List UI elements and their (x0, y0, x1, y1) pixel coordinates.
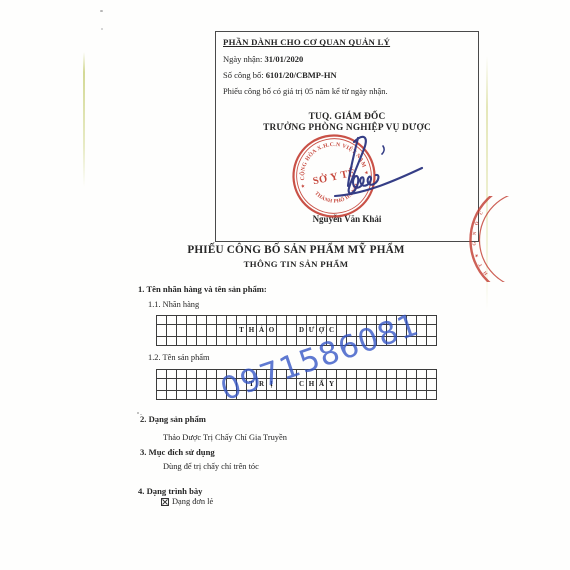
section2-heading: 2. Dạng sản phẩm (140, 414, 206, 424)
grid-cell (357, 379, 367, 391)
grid-cell (377, 370, 387, 379)
grid-cell (397, 379, 407, 391)
grid-cell: D (297, 325, 307, 337)
presentation-option-label: Dạng đơn lẻ (172, 497, 213, 506)
grid-cell (407, 379, 417, 391)
grid-cell (387, 391, 397, 400)
grid-cell (207, 391, 217, 400)
grid-cell: T (237, 325, 247, 337)
grid-cell (277, 337, 287, 346)
paper-speck (100, 10, 103, 12)
grid-cell (157, 316, 167, 325)
grid-cell (277, 391, 287, 400)
grid-cell (367, 370, 377, 379)
grid-cell (307, 391, 317, 400)
grid-cell (257, 316, 267, 325)
grid-cell (337, 379, 347, 391)
authority-box-title: PHẦN DÀNH CHO CƠ QUAN QUẢN LÝ (223, 37, 390, 47)
grid-cell (177, 316, 187, 325)
paper-edge-line (83, 52, 85, 187)
grid-cell (427, 391, 437, 400)
grid-cell (187, 316, 197, 325)
grid-cell (237, 316, 247, 325)
grid-cell (177, 337, 187, 346)
grid-cell (157, 379, 167, 391)
validity-note: Phiếu công bố có giá trị 05 năm kể từ ng… (223, 87, 388, 96)
grid-cell (187, 325, 197, 337)
grid-cell (397, 391, 407, 400)
grid-cell (227, 316, 237, 325)
grid-cell (287, 316, 297, 325)
grid-cell (207, 337, 217, 346)
grid-cell: Ư (307, 325, 317, 337)
document-subtitle: THÔNG TIN SẢN PHẨM (150, 259, 442, 269)
grid-cell (177, 325, 187, 337)
grid-cell (167, 379, 177, 391)
side-stamp-letter: C (479, 210, 485, 216)
grid-cell (287, 325, 297, 337)
grid-cell: Ả (257, 325, 267, 337)
grid-cell (187, 337, 197, 346)
grid-cell (387, 370, 397, 379)
declaration-number-field: Số công bố: 6101/20/CBMP-HN (223, 70, 337, 80)
intended-use-value: Dùng để trị chấy chí trên tóc (163, 462, 259, 471)
grid-cell (297, 316, 307, 325)
checked-checkbox-icon (161, 498, 169, 506)
grid-cell (247, 316, 257, 325)
grid-cell (187, 370, 197, 379)
grid-cell (177, 391, 187, 400)
grid-cell (197, 325, 207, 337)
grid-cell (277, 325, 287, 337)
grid-cell (297, 391, 307, 400)
grid-cell (427, 316, 437, 325)
grid-cell (197, 316, 207, 325)
grid-cell (197, 379, 207, 391)
grid-cell (287, 337, 297, 346)
declaration-number-label: Số công bố: (223, 70, 264, 80)
section4-heading: 4. Dạng trình bày (138, 486, 202, 496)
grid-cell (207, 370, 217, 379)
grid-cell (337, 370, 347, 379)
grid-cell (317, 391, 327, 400)
grid-cell (357, 370, 367, 379)
grid-cell (427, 325, 437, 337)
grid-cell (227, 337, 237, 346)
grid-cell (247, 337, 257, 346)
grid-cell (217, 337, 227, 346)
grid-cell: Ấ (317, 379, 327, 391)
grid-cell (377, 379, 387, 391)
grid-cell (207, 379, 217, 391)
grid-cell (197, 370, 207, 379)
grid-cell (167, 316, 177, 325)
product-name-label: 1.2. Tên sản phẩm (148, 353, 209, 362)
grid-cell (267, 337, 277, 346)
grid-cell (167, 337, 177, 346)
grid-cell (257, 337, 267, 346)
grid-cell (367, 391, 377, 400)
grid-cell (157, 325, 167, 337)
grid-cell: O (267, 325, 277, 337)
grid-cell (287, 391, 297, 400)
grid-cell (267, 316, 277, 325)
signer-title-line1: TUQ. GIÁM ĐỐC (216, 112, 478, 122)
grid-cell (157, 337, 167, 346)
paper-speck (137, 412, 139, 414)
grid-cell (417, 379, 427, 391)
grid-cell (157, 370, 167, 379)
grid-cell (337, 391, 347, 400)
grid-cell (327, 391, 337, 400)
grid-cell (167, 325, 177, 337)
side-stamp-letter: H (483, 269, 489, 275)
grid-cell (157, 391, 167, 400)
presentation-option-row: Dạng đơn lẻ (161, 497, 213, 506)
received-date-value: 31/01/2020 (265, 54, 304, 64)
grid-cell: H (247, 325, 257, 337)
product-form-value: Thảo Dược Trị Chấy Chí Gia Truyền (163, 433, 287, 442)
grid-cell (307, 316, 317, 325)
side-stamp-letter: T (478, 262, 484, 268)
signature-ink (318, 128, 438, 206)
received-date-label: Ngày nhận: (223, 54, 262, 64)
grid-cell (407, 391, 417, 400)
grid-cell (427, 370, 437, 379)
grid-cell (197, 337, 207, 346)
grid-cell (387, 379, 397, 391)
grid-cell (367, 379, 377, 391)
grid-cell (207, 325, 217, 337)
grid-cell (417, 370, 427, 379)
grid-cell (347, 370, 357, 379)
grid-cell (317, 316, 327, 325)
grid-cell (167, 391, 177, 400)
grid-cell (337, 316, 347, 325)
grid-cell (177, 379, 187, 391)
grid-cell (207, 316, 217, 325)
grid-cell: Y (327, 379, 337, 391)
grid-cell (427, 337, 437, 346)
grid-cell (227, 325, 237, 337)
grid-cell (187, 391, 197, 400)
section3-heading: 3. Mục đích sử dụng (140, 447, 215, 457)
grid-cell (417, 391, 427, 400)
grid-cell (347, 391, 357, 400)
grid-cell (217, 316, 227, 325)
grid-cell (377, 391, 387, 400)
stamp-star-left-icon: ★ (300, 183, 306, 190)
grid-cell (167, 370, 177, 379)
grid-cell (217, 325, 227, 337)
brand-name-label: 1.1. Nhãn hàng (148, 300, 199, 309)
side-stamp-letter: Ộ (474, 221, 481, 227)
declaration-number-value: 6101/20/CBMP-HN (266, 70, 337, 80)
grid-cell (347, 316, 357, 325)
grid-cell (237, 337, 247, 346)
grid-cell (357, 391, 367, 400)
grid-cell (397, 370, 407, 379)
received-date-field: Ngày nhận: 31/01/2020 (223, 54, 303, 64)
paper-speck (101, 28, 103, 30)
grid-cell (197, 391, 207, 400)
scanned-declaration-document: PHẦN DÀNH CHO CƠ QUAN QUẢN LÝ Ngày nhận:… (0, 0, 570, 570)
partial-side-stamp: C Ộ N G ★ T H (440, 196, 510, 282)
grid-cell (347, 379, 357, 391)
grid-cell (277, 316, 287, 325)
side-stamp-star-icon: ★ (473, 253, 479, 258)
section1-heading: 1. Tên nhãn hàng và tên sản phẩm: (138, 284, 267, 294)
grid-cell: Ợ (317, 325, 327, 337)
grid-cell (327, 316, 337, 325)
grid-cell (427, 379, 437, 391)
side-stamp-letter: G (472, 241, 477, 245)
document-title: PHIẾU CÔNG BỐ SẢN PHẨM MỸ PHẨM (150, 244, 442, 256)
grid-cell (177, 370, 187, 379)
grid-cell (407, 370, 417, 379)
side-stamp-letter: N (473, 231, 478, 236)
grid-cell (187, 379, 197, 391)
